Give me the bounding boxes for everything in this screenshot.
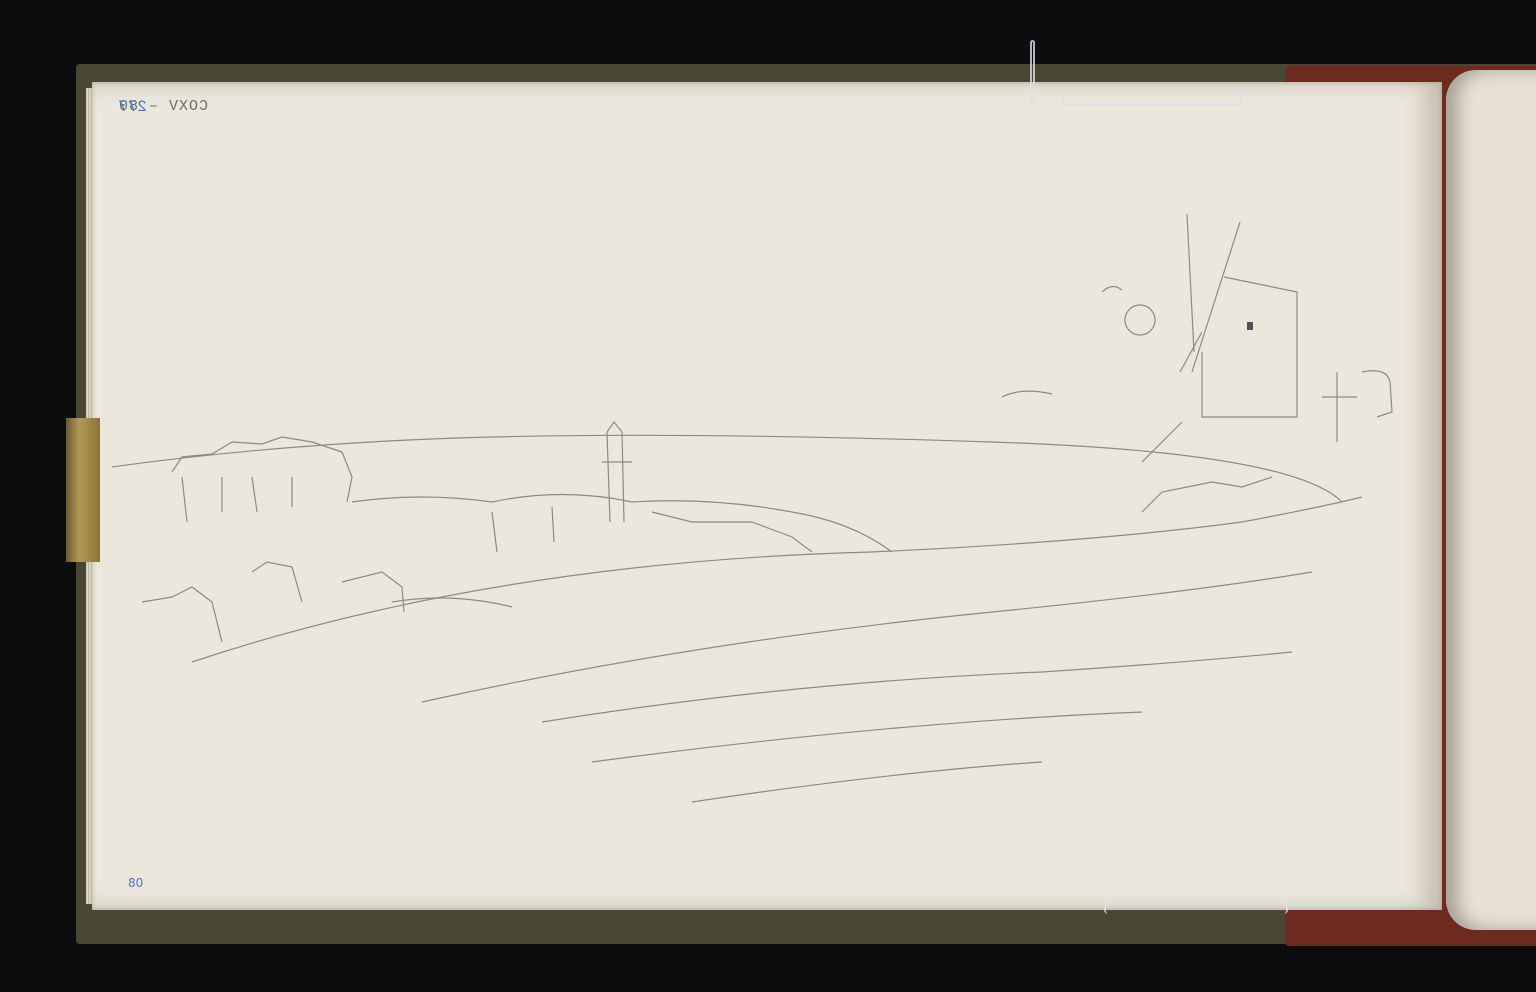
facing-page [1446, 70, 1536, 930]
page-clip-bottom [1104, 898, 1288, 914]
blue-inventory-number: 277 [118, 98, 147, 116]
page-clip-top [1062, 90, 1242, 106]
pencil-sketch [92, 82, 1442, 910]
page-clip-top-left [1030, 40, 1035, 104]
page-number: 80 [128, 876, 143, 890]
